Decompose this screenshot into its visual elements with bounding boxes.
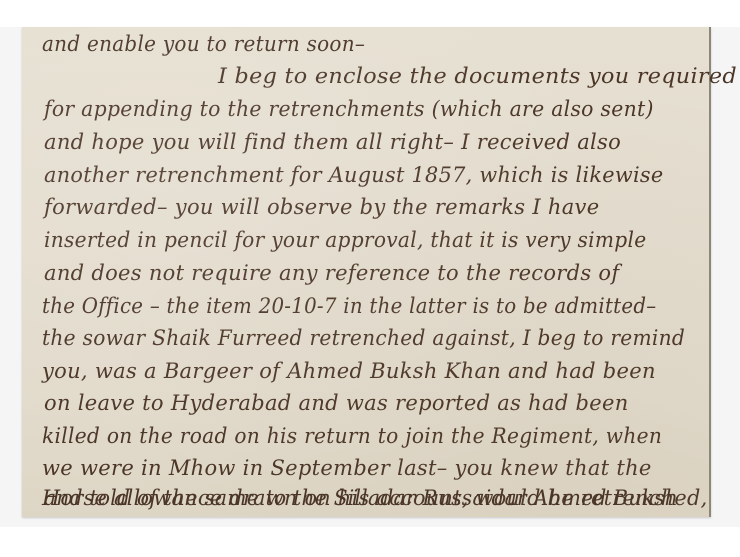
letter-line: and told of the same to the Silladar Rus… [44,484,678,512]
letter-line: you, was a Bargeer of Ahmed Buksh Khan a… [42,357,656,385]
letter-line: inserted in pencil for your approval, th… [44,226,646,254]
letter-page: and enable you to return soon– I beg to … [22,27,711,517]
letter-line: killed on the road on his return to join… [42,422,662,450]
letter-line: and hope you will find them all right– I… [44,128,621,156]
letter-line: the Office – the item 20-10-7 in the lat… [42,292,656,320]
letter-line: we were in Mhow in September last– you k… [42,454,652,482]
letter-line: and enable you to return soon– [42,30,365,58]
letter-line: the sowar Shaik Furreed retrenched again… [42,324,685,352]
letter-line: on leave to Hyderabad and was reported a… [44,389,629,417]
letter-line: I beg to enclose the documents you requi… [218,62,737,90]
letter-line: for appending to the retrenchments (whic… [44,95,654,123]
letter-line: forwarded– you will observe by the remar… [44,193,599,221]
letter-line: another retrenchment for August 1857, wh… [44,161,664,189]
letter-line: and does not require any reference to th… [44,259,619,287]
